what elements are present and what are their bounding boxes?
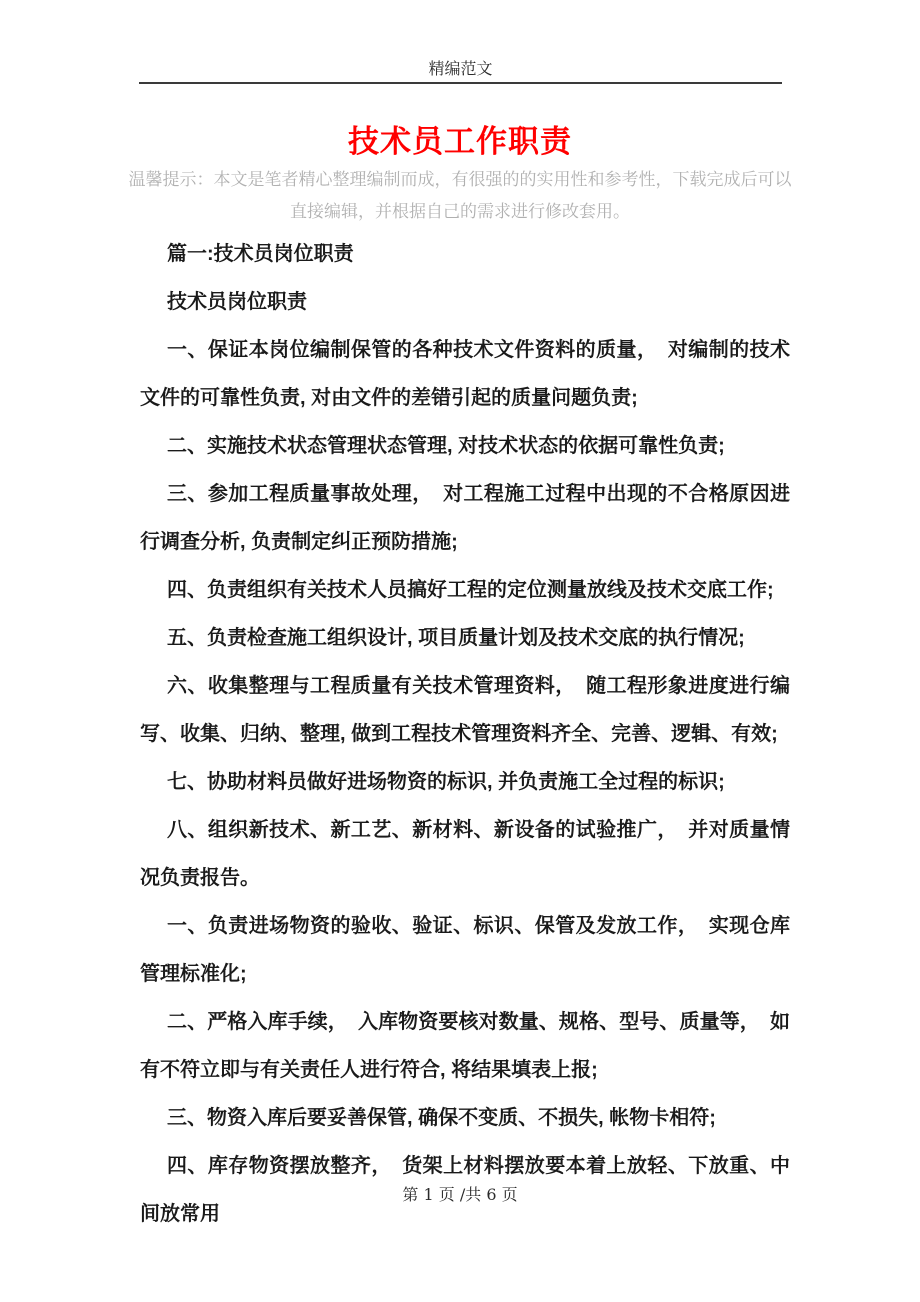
document-page: 精编范文 技术员工作职责 温馨提示：本文是笔者精心整理编制而成，有很强的的实用性… <box>0 0 920 1302</box>
paragraph: 篇一:技术员岗位职责 <box>140 230 790 278</box>
page-number: 第 1 页 /共 6 页 <box>0 1182 920 1205</box>
paragraph: 四、负责组织有关技术人员搞好工程的定位测量放线及技术交底工作; <box>140 566 790 614</box>
page-title: 技术员工作职责 <box>0 116 920 161</box>
document-body: 篇一:技术员岗位职责 技术员岗位职责 一、保证本岗位编制保管的各种技术文件资料的… <box>140 230 790 1238</box>
running-head: 精编范文 <box>139 58 782 84</box>
header-divider <box>139 82 782 84</box>
paragraph: 六、收集整理与工程质量有关技术管理资料， 随工程形象进度进行编写、收集、归纳、整… <box>140 662 790 758</box>
paragraph: 三、参加工程质量事故处理， 对工程施工过程中出现的不合格原因进行调查分析, 负责… <box>140 470 790 566</box>
paragraph: 三、物资入库后要妥善保管, 确保不变质、不损失, 帐物卡相符; <box>140 1094 790 1142</box>
paragraph: 二、严格入库手续， 入库物资要核对数量、规格、型号、质量等， 如有不符立即与有关… <box>140 998 790 1094</box>
paragraph: 八、组织新技术、新工艺、新材料、新设备的试验推广， 并对质量情况负责报告。 <box>140 806 790 902</box>
paragraph: 五、负责检查施工组织设计, 项目质量计划及技术交底的执行情况; <box>140 614 790 662</box>
paragraph: 二、实施技术状态管理状态管理, 对技术状态的依据可靠性负责; <box>140 422 790 470</box>
paragraph: 技术员岗位职责 <box>140 278 790 326</box>
running-head-text: 精编范文 <box>428 59 492 78</box>
paragraph: 一、负责进场物资的验收、验证、标识、保管及发放工作， 实现仓库管理标准化; <box>140 902 790 998</box>
paragraph: 七、协助材料员做好进场物资的标识, 并负责施工全过程的标识; <box>140 758 790 806</box>
paragraph: 一、保证本岗位编制保管的各种技术文件资料的质量， 对编制的技术文件的可靠性负责,… <box>140 326 790 422</box>
notice-text: 温馨提示：本文是笔者精心整理编制而成，有很强的的实用性和参考性，下载完成后可以直… <box>125 164 795 228</box>
